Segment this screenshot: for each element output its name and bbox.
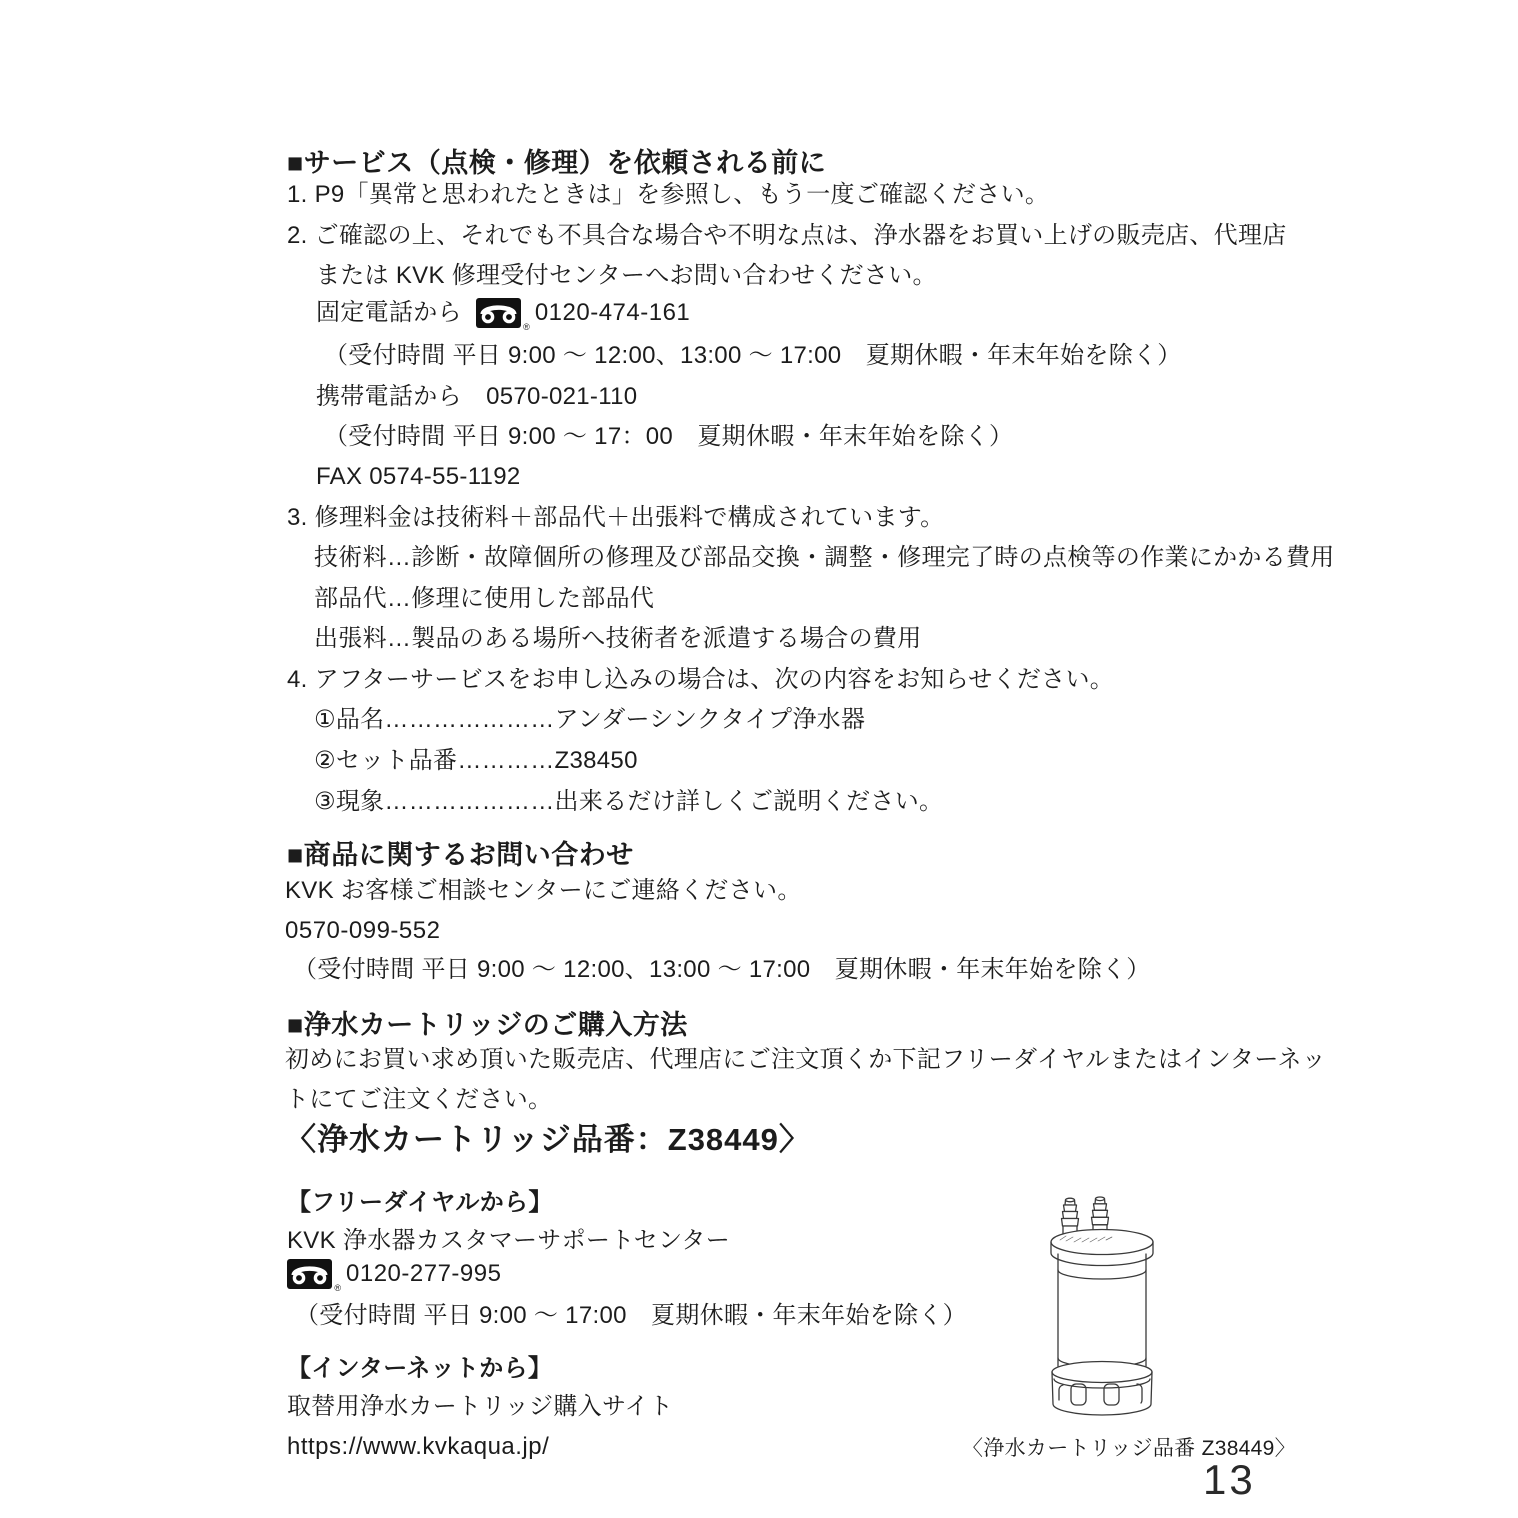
registered-mark: ® <box>523 323 530 332</box>
cartridge-illustration <box>1046 1196 1158 1428</box>
service-step3: 3. 修理料金は技術料＋部品代＋出張料で構成されています。 <box>287 504 944 533</box>
service-step2-line2: または KVK 修理受付センターへお問い合わせください。 <box>316 262 937 291</box>
fax-line: FAX 0574-55-1192 <box>316 463 521 492</box>
info-set-no: ②セット品番…………Z38450 <box>314 747 638 776</box>
freedial-number-row: ® 0120-277-995 <box>287 1259 501 1289</box>
internet-site-line: 取替用浄水カートリッジ購入サイト <box>287 1393 673 1422</box>
fee-parts: 部品代…修理に使用した部品代 <box>314 585 654 614</box>
product-inquiry-phone: 0570-099-552 <box>285 917 440 946</box>
info-name: ①品名…………………アンダーシンクタイプ浄水器 <box>314 706 865 735</box>
page-number: 13 <box>1203 1455 1256 1505</box>
barb-right <box>1092 1197 1109 1234</box>
freedial-number: 0120-277-995 <box>346 1260 501 1289</box>
cartridge-model-heading: 〈浄水カートリッジ品番：Z38449〉 <box>285 1121 811 1158</box>
landline-row: 固定電話から ® 0120-474-161 <box>316 298 690 328</box>
internet-url: https://www.kvkaqua.jp/ <box>287 1433 549 1462</box>
service-step1: 1. P9「異常と思われたときは」を参照し、もう一度ご確認ください。 <box>287 181 1049 210</box>
landline-label: 固定電話から <box>316 299 462 328</box>
freedial-center-line: KVK 浄水器カスタマーサポートセンター <box>287 1227 730 1256</box>
barb-left <box>1062 1198 1079 1235</box>
registered-mark: ® <box>334 1284 341 1293</box>
freedial-heading: 【フリーダイヤルから】 <box>287 1189 553 1218</box>
service-section-heading: ■サービス（点検・修理）を依頼される前に <box>287 147 826 179</box>
product-inquiry-line1: KVK お客様ご相談センターにご連絡ください。 <box>285 877 802 906</box>
cartridge-purchase-line1: 初めにお買い求め頂いた販売店、代理店にご注文頂くか下記フリーダイヤルまたはインタ… <box>285 1046 1326 1075</box>
info-symptom: ③現象…………………出来るだけ詳しくご説明ください。 <box>314 788 943 817</box>
internet-heading: 【インターネットから】 <box>287 1355 552 1384</box>
service-step2-line1: 2. ご確認の上、それでも不具合な場合や不明な点は、浄水器をお買い上げの販売店、… <box>287 222 1287 251</box>
mobile-line: 携帯電話から 0570-021-110 <box>316 383 637 412</box>
freedial-icon: ® <box>476 298 521 328</box>
product-inquiry-hours: （受付時間 平日 9:00 ～ 12:00、13:00 ～ 17:00 夏期休暇… <box>293 956 1151 985</box>
cartridge-purchase-heading: ■浄水カートリッジのご購入方法 <box>287 1009 688 1041</box>
fee-travel: 出張料…製品のある場所へ技術者を派遣する場合の費用 <box>314 625 922 654</box>
fee-tech: 技術料…診断・故障個所の修理及び部品交換・調整・修理完了時の点検等の作業にかかる… <box>314 544 1335 573</box>
cartridge-purchase-line2: トにてご注文ください。 <box>285 1086 552 1115</box>
mobile-hours: （受付時間 平日 9:00 ～ 17：00 夏期休暇・年末年始を除く） <box>324 423 1013 452</box>
product-inquiry-heading: ■商品に関するお問い合わせ <box>287 839 634 871</box>
manual-page: ■サービス（点検・修理）を依頼される前に 1. P9「異常と思われたときは」を参… <box>0 0 1518 1518</box>
service-step4: 4. アフターサービスをお申し込みの場合は、次の内容をお知らせください。 <box>287 666 1114 695</box>
landline-number: 0120-474-161 <box>535 299 690 328</box>
freedial-icon: ® <box>287 1259 332 1289</box>
landline-hours: （受付時間 平日 9:00 ～ 12:00、13:00 ～ 17:00 夏期休暇… <box>324 342 1182 371</box>
freedial-hours: （受付時間 平日 9:00 ～ 17:00 夏期休暇・年末年始を除く） <box>295 1302 967 1331</box>
